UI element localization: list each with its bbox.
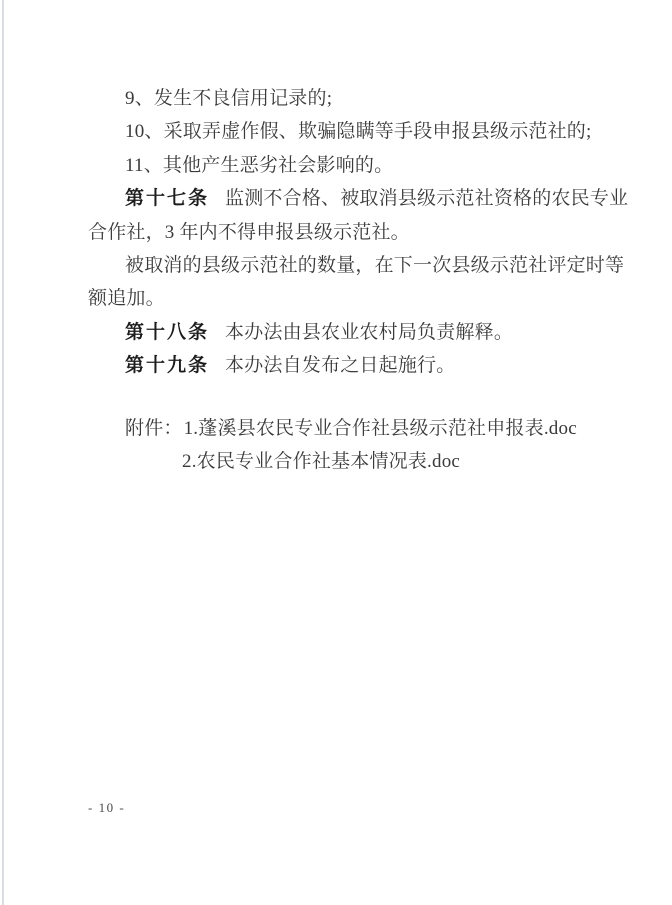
- article-17-text: 监测不合格、被取消县级示范社资格的农民专业: [225, 188, 628, 209]
- article-17-paragraph-2-line-1: 被取消的县级示范社的数量，在下一次县级示范社评定时等: [88, 249, 628, 282]
- article-18-line: 第十八条本办法由县农业农村局负责解释。: [88, 316, 628, 349]
- article-17-heading: 第十七条: [125, 187, 209, 209]
- article-19-text: 本办法自发布之日起施行。: [225, 355, 455, 376]
- attachment-2-filename: 2.农民专业合作社基本情况表.doc: [182, 451, 460, 472]
- attachment-item-1: 附件：1.蓬溪县农民专业合作社县级示范社申报表.doc: [88, 412, 628, 445]
- attachment-1-filename: 1.蓬溪县农民专业合作社县级示范社申报表.doc: [184, 418, 577, 439]
- list-item-10: 10、采取弄虚作假、欺骗隐瞒等手段申报县级示范社的;: [88, 115, 628, 148]
- page-number: - 10 -: [88, 799, 125, 817]
- article-17-line-2: 合作社，3 年内不得申报县级示范社。: [88, 216, 628, 249]
- document-body: 9、发生不良信用记录的; 10、采取弄虚作假、欺骗隐瞒等手段申报县级示范社的; …: [88, 82, 628, 383]
- article-19-line: 第十九条本办法自发布之日起施行。: [88, 349, 628, 382]
- list-item-11: 11、其他产生恶劣社会影响的。: [88, 149, 628, 182]
- article-18-heading: 第十八条: [125, 321, 209, 343]
- document-page: 9、发生不良信用记录的; 10、采取弄虚作假、欺骗隐瞒等手段申报县级示范社的; …: [0, 0, 672, 905]
- attachments-section: 附件：1.蓬溪县农民专业合作社县级示范社申报表.doc 2.农民专业合作社基本情…: [88, 412, 628, 479]
- article-17-line-1: 第十七条监测不合格、被取消县级示范社资格的农民专业: [88, 182, 628, 215]
- article-19-heading: 第十九条: [125, 354, 209, 376]
- list-item-9: 9、发生不良信用记录的;: [88, 82, 628, 115]
- attachment-item-2: 2.农民专业合作社基本情况表.doc: [88, 445, 628, 478]
- scanned-page-edge-line: [2, 0, 4, 905]
- article-18-text: 本办法由县农业农村局负责解释。: [225, 322, 513, 343]
- attachments-label: 附件：: [125, 418, 183, 439]
- article-17-paragraph-2-line-2: 额追加。: [88, 282, 628, 315]
